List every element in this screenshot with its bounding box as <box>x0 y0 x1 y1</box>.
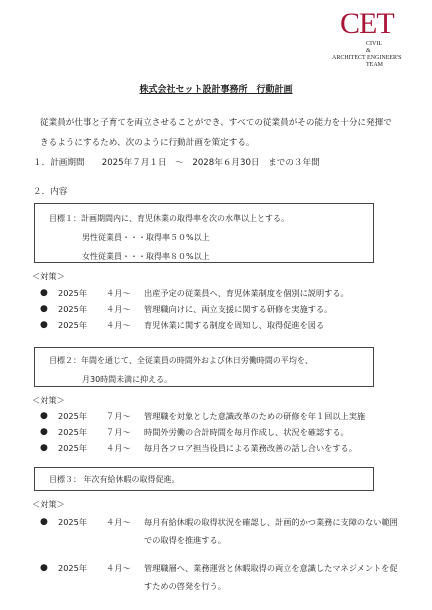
measure-item: ● 2025年 ４月～ 毎月有給休暇の取得状況を確認し、計画的かつ業務に支障のな… <box>40 513 400 549</box>
measure-month: ４月～ <box>106 513 144 531</box>
measure-text: 管理職向けに、両立支援に関する研修を実施する。 <box>144 301 400 317</box>
goal-1-male: 男性従業員・・・取得率５０%以上 <box>49 228 373 247</box>
measures-label-1: ＜対策＞ <box>32 271 65 282</box>
measures-list-2: ● 2025年 ７月～ 管理職を対象とした意識改革のための研修を年１回以上実施 … <box>40 408 400 456</box>
company-logo: CET CIVIL & ARCHITECT ENGINEER'S TEAM <box>332 10 428 69</box>
measure-month: ４月～ <box>106 317 144 333</box>
goal-1-female: 女性従業員・・・取得率８０%以上 <box>49 247 373 266</box>
goal-2-text: 目標２：年間を通じて、全従業員の時間外および休日労働時間の平均を、 <box>49 351 373 370</box>
plan-period: １．計画期間 2025年７月１日 ～ 2028年６月30日 までの３年間 <box>33 156 320 168</box>
measure-text: 育児休業に関する制度を周知し、取得促進を図る <box>144 317 400 333</box>
measure-item: ● 2025年 ４月～ 管理職向けに、両立支援に関する研修を実施する。 <box>40 301 400 317</box>
logo-line-team: TEAM <box>342 62 428 69</box>
measure-text: 管理職層へ、業務運営と休暇取得の両立を意識したマネジメントを促すための啓発を行う… <box>144 559 400 595</box>
measure-year: 2025年 <box>58 301 106 317</box>
measure-text: 毎月各フロア担当役員による業務改善の話し合いをする。 <box>144 440 400 456</box>
measure-month: ４月～ <box>106 559 144 577</box>
measures-list-1: ● 2025年 ４月～ 出産予定の従業員へ、育児休業制度を個別に説明する。 ● … <box>40 285 400 333</box>
bullet-icon: ● <box>40 317 58 333</box>
measure-month: ４月～ <box>106 440 144 456</box>
bullet-icon: ● <box>40 559 58 577</box>
measure-text: 管理職を対象とした意識改革のための研修を年１回以上実施 <box>144 408 400 424</box>
measure-month: ７月～ <box>106 408 144 424</box>
goal-1-box: 目標１：計画期間内に、育児休業の取得率を次の水準以上とする。 男性従業員・・・取… <box>34 203 374 263</box>
measures-label-2: ＜対策＞ <box>32 395 65 406</box>
measure-year: 2025年 <box>58 559 106 577</box>
logo-subtitle: CIVIL & ARCHITECT ENGINEER'S TEAM <box>342 41 428 69</box>
section-contents-heading: ２．内容 <box>33 185 67 197</box>
goal-2-box: 目標２：年間を通じて、全従業員の時間外および休日労働時間の平均を、 月30時間未… <box>34 347 374 387</box>
measure-item: ● 2025年 ４月～ 出産予定の従業員へ、育児休業制度を個別に説明する。 <box>40 285 400 301</box>
goal-3-box: 目標３： 年次有給休暇の取得促進。 <box>34 467 374 491</box>
measure-month: ４月～ <box>106 285 144 301</box>
bullet-icon: ● <box>40 408 58 424</box>
bullet-icon: ● <box>40 440 58 456</box>
measure-year: 2025年 <box>58 408 106 424</box>
measure-month: ７月～ <box>106 424 144 440</box>
goal-2-text-cont: 月30時間未満に抑える。 <box>49 370 373 389</box>
measure-text: 出産予定の従業員へ、育児休業制度を個別に説明する。 <box>144 285 400 301</box>
bullet-icon: ● <box>40 285 58 301</box>
bullet-icon: ● <box>40 424 58 440</box>
measure-item: ● 2025年 ７月～ 管理職を対象とした意識改革のための研修を年１回以上実施 <box>40 408 400 424</box>
measure-month: ４月～ <box>106 301 144 317</box>
measures-list-3: ● 2025年 ４月～ 毎月有給休暇の取得状況を確認し、計画的かつ業務に支障のな… <box>40 513 400 605</box>
bullet-icon: ● <box>40 513 58 531</box>
measure-item: ● 2025年 ４月～ 育児休業に関する制度を周知し、取得促進を図る <box>40 317 400 333</box>
intro-paragraph: 従業員が仕事と子育てを両立させることができ、すべての従業員がその能力を十分に発揮… <box>40 113 400 153</box>
goal-3-text: 目標３： 年次有給休暇の取得促進。 <box>49 470 373 489</box>
measure-text: 毎月有給休暇の取得状況を確認し、計画的かつ業務に支障のない範囲での取得を推進する… <box>144 513 400 549</box>
logo-line-civil: CIVIL <box>342 41 428 48</box>
logo-line-architect: ARCHITECT ENGINEER'S <box>332 55 428 62</box>
measure-item: ● 2025年 ４月～ 管理職層へ、業務運営と休暇取得の両立を意識したマネジメン… <box>40 559 400 595</box>
measure-year: 2025年 <box>58 424 106 440</box>
measure-year: 2025年 <box>58 317 106 333</box>
bullet-icon: ● <box>40 301 58 317</box>
measure-year: 2025年 <box>58 513 106 531</box>
document-title: 株式会社セット設計事務所 行動計画 <box>0 82 432 95</box>
measure-year: 2025年 <box>58 440 106 456</box>
measure-item: ● 2025年 ４月～ 毎月各フロア担当役員による業務改善の話し合いをする。 <box>40 440 400 456</box>
measure-text: 時間外労働の合計時間を毎月作成し、状況を確認する。 <box>144 424 400 440</box>
measures-label-3: ＜対策＞ <box>32 499 65 510</box>
goal-1-text: 目標１：計画期間内に、育児休業の取得率を次の水準以上とする。 <box>49 209 373 228</box>
measure-year: 2025年 <box>58 285 106 301</box>
measure-item: ● 2025年 ７月～ 時間外労働の合計時間を毎月作成し、状況を確認する。 <box>40 424 400 440</box>
logo-line-amp: & <box>342 48 428 55</box>
logo-mark: CET <box>340 10 428 38</box>
